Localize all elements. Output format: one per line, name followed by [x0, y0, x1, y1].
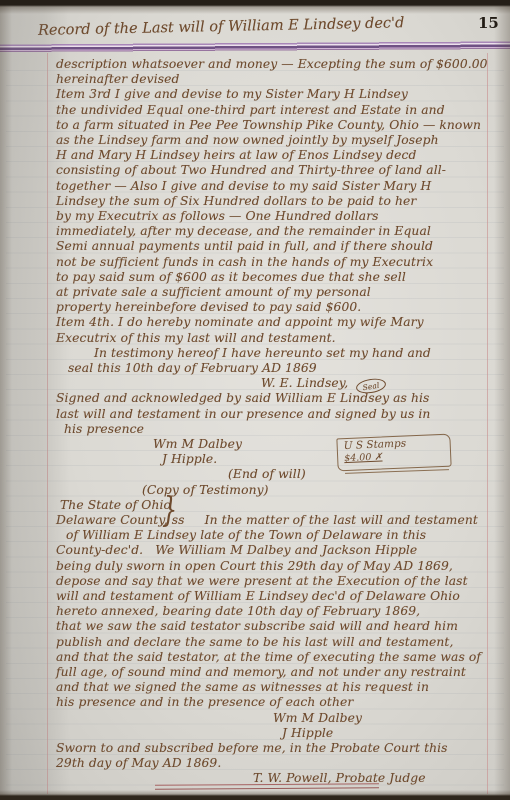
manuscript-line: immediately, after my decease, and the r… [56, 224, 431, 239]
revenue-stamp-box: U S Stamps $4.00 ✗ [336, 434, 451, 472]
manuscript-body: description whatsoever and money — Excep… [56, 0, 501, 800]
manuscript-line: seal this 10th day of February AD 1869 [68, 361, 317, 376]
witness-signature: J Hipple [282, 726, 333, 741]
manuscript-line: at private sale a sufficient amount of m… [56, 285, 371, 300]
manuscript-line: being duly sworn in open Court this 29th… [56, 559, 453, 574]
manuscript-line: The State of Ohio [60, 498, 171, 513]
manuscript-line: Signed and acknowledged by said William … [56, 391, 429, 406]
manuscript-line: property hereinbefore devised to pay sai… [56, 300, 361, 315]
manuscript-line: consisting of about Two Hundred and Thir… [56, 163, 446, 178]
manuscript-line: his presence [64, 422, 144, 437]
witness-signature: Wm M Dalbey [153, 437, 242, 452]
manuscript-line: will and testament of William E Lindsey … [56, 589, 460, 604]
manuscript-line: In testimony hereof I have hereunto set … [94, 346, 431, 361]
manuscript-line: H and Mary H Lindsey heirs at law of Eno… [56, 148, 416, 163]
manuscript-line: as the Lindsey farm and now owned jointl… [56, 133, 439, 148]
manuscript-line: Item 4th. I do hereby nominate and appoi… [56, 315, 424, 330]
manuscript-line: last will and testament in our presence … [56, 407, 430, 422]
record-book-page: Record of the Last will of William E Lin… [0, 0, 510, 800]
manuscript-line: the undivided Equal one-third part inter… [56, 103, 445, 118]
manuscript-line: to a farm situated in Pee Pee Township P… [56, 118, 481, 133]
witness-signature: Wm M Dalbey [273, 711, 362, 726]
manuscript-line: his presence and in the presence of each… [56, 695, 353, 710]
manuscript-line: that we saw the said testator subscribe … [56, 619, 458, 634]
manuscript-line: publish and declare the same to be his l… [56, 635, 453, 650]
manuscript-line: of William E Lindsey late of the Town of… [66, 528, 426, 543]
manuscript-line: Executrix of this my last will and testa… [56, 331, 336, 346]
manuscript-line: 29th day of May AD 1869. [56, 756, 221, 771]
manuscript-line: hereto annexed, bearing date 10th day of… [56, 604, 420, 619]
manuscript-line: by my Executrix as follows — One Hundred… [56, 209, 379, 224]
manuscript-line: to pay said sum of $600 as it becomes du… [56, 270, 406, 285]
witness-signature: J Hipple. [162, 452, 217, 467]
manuscript-line: Item 3rd I give and devise to my Sister … [56, 87, 408, 102]
manuscript-line: hereinafter devised [56, 72, 179, 87]
copy-of-testimony-note: (Copy of Testimony) [142, 483, 269, 498]
manuscript-line: together — Also I give and devise to my … [56, 179, 431, 194]
county-brace: } [162, 490, 177, 531]
testator-name: W. E. Lindsey, [261, 376, 348, 390]
manuscript-line: and that we signed the same as witnesses… [56, 680, 429, 695]
end-of-will-note: (End of will) [228, 467, 306, 482]
manuscript-line: depose and say that we were present at t… [56, 574, 468, 589]
photo-edge-right [494, 0, 510, 800]
photo-edge-left [0, 0, 70, 800]
manuscript-line: not be sufficient funds in cash in the h… [56, 255, 433, 270]
manuscript-line: description whatsoever and money — Excep… [56, 57, 488, 72]
manuscript-line: and that the said testator, at the time … [56, 650, 481, 665]
manuscript-line: Delaware County, ss In the matter of the… [56, 513, 478, 528]
photo-edge-top [0, 0, 510, 14]
manuscript-line: Semi annual payments until paid in full,… [56, 239, 433, 254]
manuscript-line: Sworn to and subscribed before me, in th… [56, 741, 448, 756]
testator-signature: W. E. Lindsey,Seal [261, 376, 386, 391]
photo-edge-bottom [0, 790, 510, 800]
manuscript-line: full age, of sound mind and memory, and … [56, 665, 466, 680]
manuscript-line: Lindsey the sum of Six Hundred dollars t… [56, 194, 416, 209]
manuscript-line: County-dec'd. We William M Dalbey and Ja… [56, 543, 417, 558]
